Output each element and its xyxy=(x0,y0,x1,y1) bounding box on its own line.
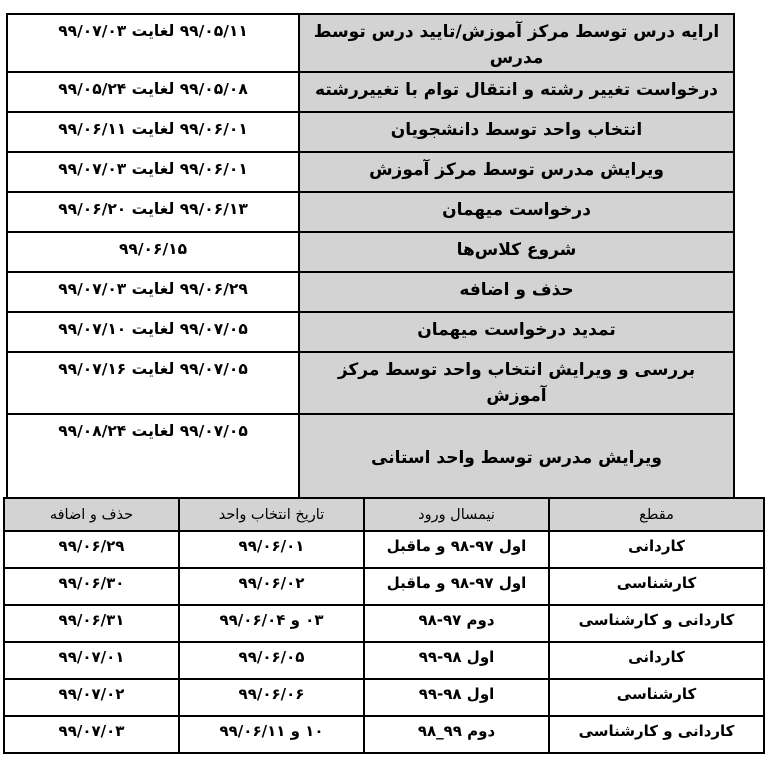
level-cell: کارشناسی xyxy=(549,568,764,605)
schedule-row: شروع کلاس‌ها۹۹/۰۶/۱۵ xyxy=(7,232,734,272)
activity-cell: ویرایش مدرس توسط مرکز آموزش xyxy=(299,152,734,192)
levels-row: کارشناسیاول ۹۸-۹۹۹۹/۰۶/۰۶۹۹/۰۷/۰۲ xyxy=(4,679,764,716)
level-cell: کاردانی و کارشناسی xyxy=(549,605,764,642)
selection-date-cell: ۱۰ و ۹۹/۰۶/۱۱ xyxy=(179,716,364,753)
activity-cell: ارایه درس توسط مرکز آموزش/تایید درس توسط… xyxy=(299,14,734,72)
add-drop-cell: ۹۹/۰۶/۲۹ xyxy=(4,531,179,568)
schedule-row: ارایه درس توسط مرکز آموزش/تایید درس توسط… xyxy=(7,14,734,72)
level-cell: کارشناسی xyxy=(549,679,764,716)
levels-header-cell: تاریخ انتخاب واحد xyxy=(179,498,364,531)
level-cell: کاردانی xyxy=(549,642,764,679)
date-range-cell: ۹۹/۰۷/۰۵ لغایت ۹۹/۰۸/۲۴ xyxy=(7,414,299,504)
levels-table-body: کاردانیاول ۹۷-۹۸ و ماقبل۹۹/۰۶/۰۱۹۹/۰۶/۲۹… xyxy=(4,531,764,753)
schedule-table-body: ارایه درس توسط مرکز آموزش/تایید درس توسط… xyxy=(7,14,734,504)
entry-semester-cell: دوم ۹۷-۹۸ xyxy=(364,605,549,642)
schedule-row: ویرایش مدرس توسط مرکز آموزش۹۹/۰۶/۰۱ لغای… xyxy=(7,152,734,192)
date-range-cell: ۹۹/۰۵/۰۸ لغایت ۹۹/۰۵/۲۴ xyxy=(7,72,299,112)
levels-row: کارشناسیاول ۹۷-۹۸ و ماقبل۹۹/۰۶/۰۲۹۹/۰۶/۳… xyxy=(4,568,764,605)
date-range-cell: ۹۹/۰۶/۱۳ لغایت ۹۹/۰۶/۲۰ xyxy=(7,192,299,232)
entry-semester-cell: اول ۹۸-۹۹ xyxy=(364,642,549,679)
activity-cell: شروع کلاس‌ها xyxy=(299,232,734,272)
levels-row: کاردانی و کارشناسیدوم ۹۹_۹۸۱۰ و ۹۹/۰۶/۱۱… xyxy=(4,716,764,753)
add-drop-cell: ۹۹/۰۶/۳۰ xyxy=(4,568,179,605)
levels-table: مقطعنیمسال ورودتاریخ انتخاب واحدحذف و اض… xyxy=(3,497,765,754)
schedule-row: درخواست میهمان۹۹/۰۶/۱۳ لغایت ۹۹/۰۶/۲۰ xyxy=(7,192,734,232)
levels-row: کاردانیاول ۹۷-۹۸ و ماقبل۹۹/۰۶/۰۱۹۹/۰۶/۲۹ xyxy=(4,531,764,568)
date-range-cell: ۹۹/۰۵/۱۱ لغایت ۹۹/۰۷/۰۳ xyxy=(7,14,299,72)
schedule-row: انتخاب واحد توسط دانشجویان۹۹/۰۶/۰۱ لغایت… xyxy=(7,112,734,152)
activity-cell: ویرایش مدرس توسط واحد استانی xyxy=(299,414,734,504)
selection-date-cell: ۹۹/۰۶/۰۲ xyxy=(179,568,364,605)
date-range-cell: ۹۹/۰۶/۰۱ لغایت ۹۹/۰۶/۱۱ xyxy=(7,112,299,152)
schedule-row: حذف و اضافه۹۹/۰۶/۲۹ لغایت ۹۹/۰۷/۰۳ xyxy=(7,272,734,312)
entry-semester-cell: اول ۹۷-۹۸ و ماقبل xyxy=(364,568,549,605)
entry-semester-cell: دوم ۹۹_۹۸ xyxy=(364,716,549,753)
selection-date-cell: ۰۳ و ۹۹/۰۶/۰۴ xyxy=(179,605,364,642)
level-cell: کاردانی xyxy=(549,531,764,568)
levels-row: کاردانی و کارشناسیدوم ۹۷-۹۸۰۳ و ۹۹/۰۶/۰۴… xyxy=(4,605,764,642)
entry-semester-cell: اول ۹۷-۹۸ و ماقبل xyxy=(364,531,549,568)
date-range-cell: ۹۹/۰۶/۰۱ لغایت ۹۹/۰۷/۰۳ xyxy=(7,152,299,192)
date-range-cell: ۹۹/۰۶/۱۵ xyxy=(7,232,299,272)
activity-cell: درخواست تغییر رشته و انتقال توام با تغیی… xyxy=(299,72,734,112)
entry-semester-cell: اول ۹۸-۹۹ xyxy=(364,679,549,716)
activity-cell: تمدید درخواست میهمان xyxy=(299,312,734,352)
add-drop-cell: ۹۹/۰۷/۰۳ xyxy=(4,716,179,753)
levels-header-cell: مقطع xyxy=(549,498,764,531)
add-drop-cell: ۹۹/۰۶/۳۱ xyxy=(4,605,179,642)
levels-row: کاردانیاول ۹۸-۹۹۹۹/۰۶/۰۵۹۹/۰۷/۰۱ xyxy=(4,642,764,679)
schedule-table: ارایه درس توسط مرکز آموزش/تایید درس توسط… xyxy=(6,13,735,505)
activity-cell: حذف و اضافه xyxy=(299,272,734,312)
date-range-cell: ۹۹/۰۷/۰۵ لغایت ۹۹/۰۷/۱۰ xyxy=(7,312,299,352)
levels-header-cell: حذف و اضافه xyxy=(4,498,179,531)
selection-date-cell: ۹۹/۰۶/۰۱ xyxy=(179,531,364,568)
add-drop-cell: ۹۹/۰۷/۰۲ xyxy=(4,679,179,716)
schedule-row: ویرایش مدرس توسط واحد استانی۹۹/۰۷/۰۵ لغا… xyxy=(7,414,734,504)
schedule-row: تمدید درخواست میهمان۹۹/۰۷/۰۵ لغایت ۹۹/۰۷… xyxy=(7,312,734,352)
levels-table-head: مقطعنیمسال ورودتاریخ انتخاب واحدحذف و اض… xyxy=(4,498,764,531)
schedule-row: درخواست تغییر رشته و انتقال توام با تغیی… xyxy=(7,72,734,112)
activity-cell: بررسی و ویرایش انتخاب واحد توسط مرکز آمو… xyxy=(299,352,734,414)
page: { "colors": { "cell_gray": "#d3d3d3", "b… xyxy=(0,0,778,766)
add-drop-cell: ۹۹/۰۷/۰۱ xyxy=(4,642,179,679)
activity-cell: درخواست میهمان xyxy=(299,192,734,232)
schedule-row: بررسی و ویرایش انتخاب واحد توسط مرکز آمو… xyxy=(7,352,734,414)
date-range-cell: ۹۹/۰۷/۰۵ لغایت ۹۹/۰۷/۱۶ xyxy=(7,352,299,414)
activity-cell: انتخاب واحد توسط دانشجویان xyxy=(299,112,734,152)
levels-header-cell: نیمسال ورود xyxy=(364,498,549,531)
selection-date-cell: ۹۹/۰۶/۰۵ xyxy=(179,642,364,679)
level-cell: کاردانی و کارشناسی xyxy=(549,716,764,753)
levels-header-row: مقطعنیمسال ورودتاریخ انتخاب واحدحذف و اض… xyxy=(4,498,764,531)
selection-date-cell: ۹۹/۰۶/۰۶ xyxy=(179,679,364,716)
date-range-cell: ۹۹/۰۶/۲۹ لغایت ۹۹/۰۷/۰۳ xyxy=(7,272,299,312)
